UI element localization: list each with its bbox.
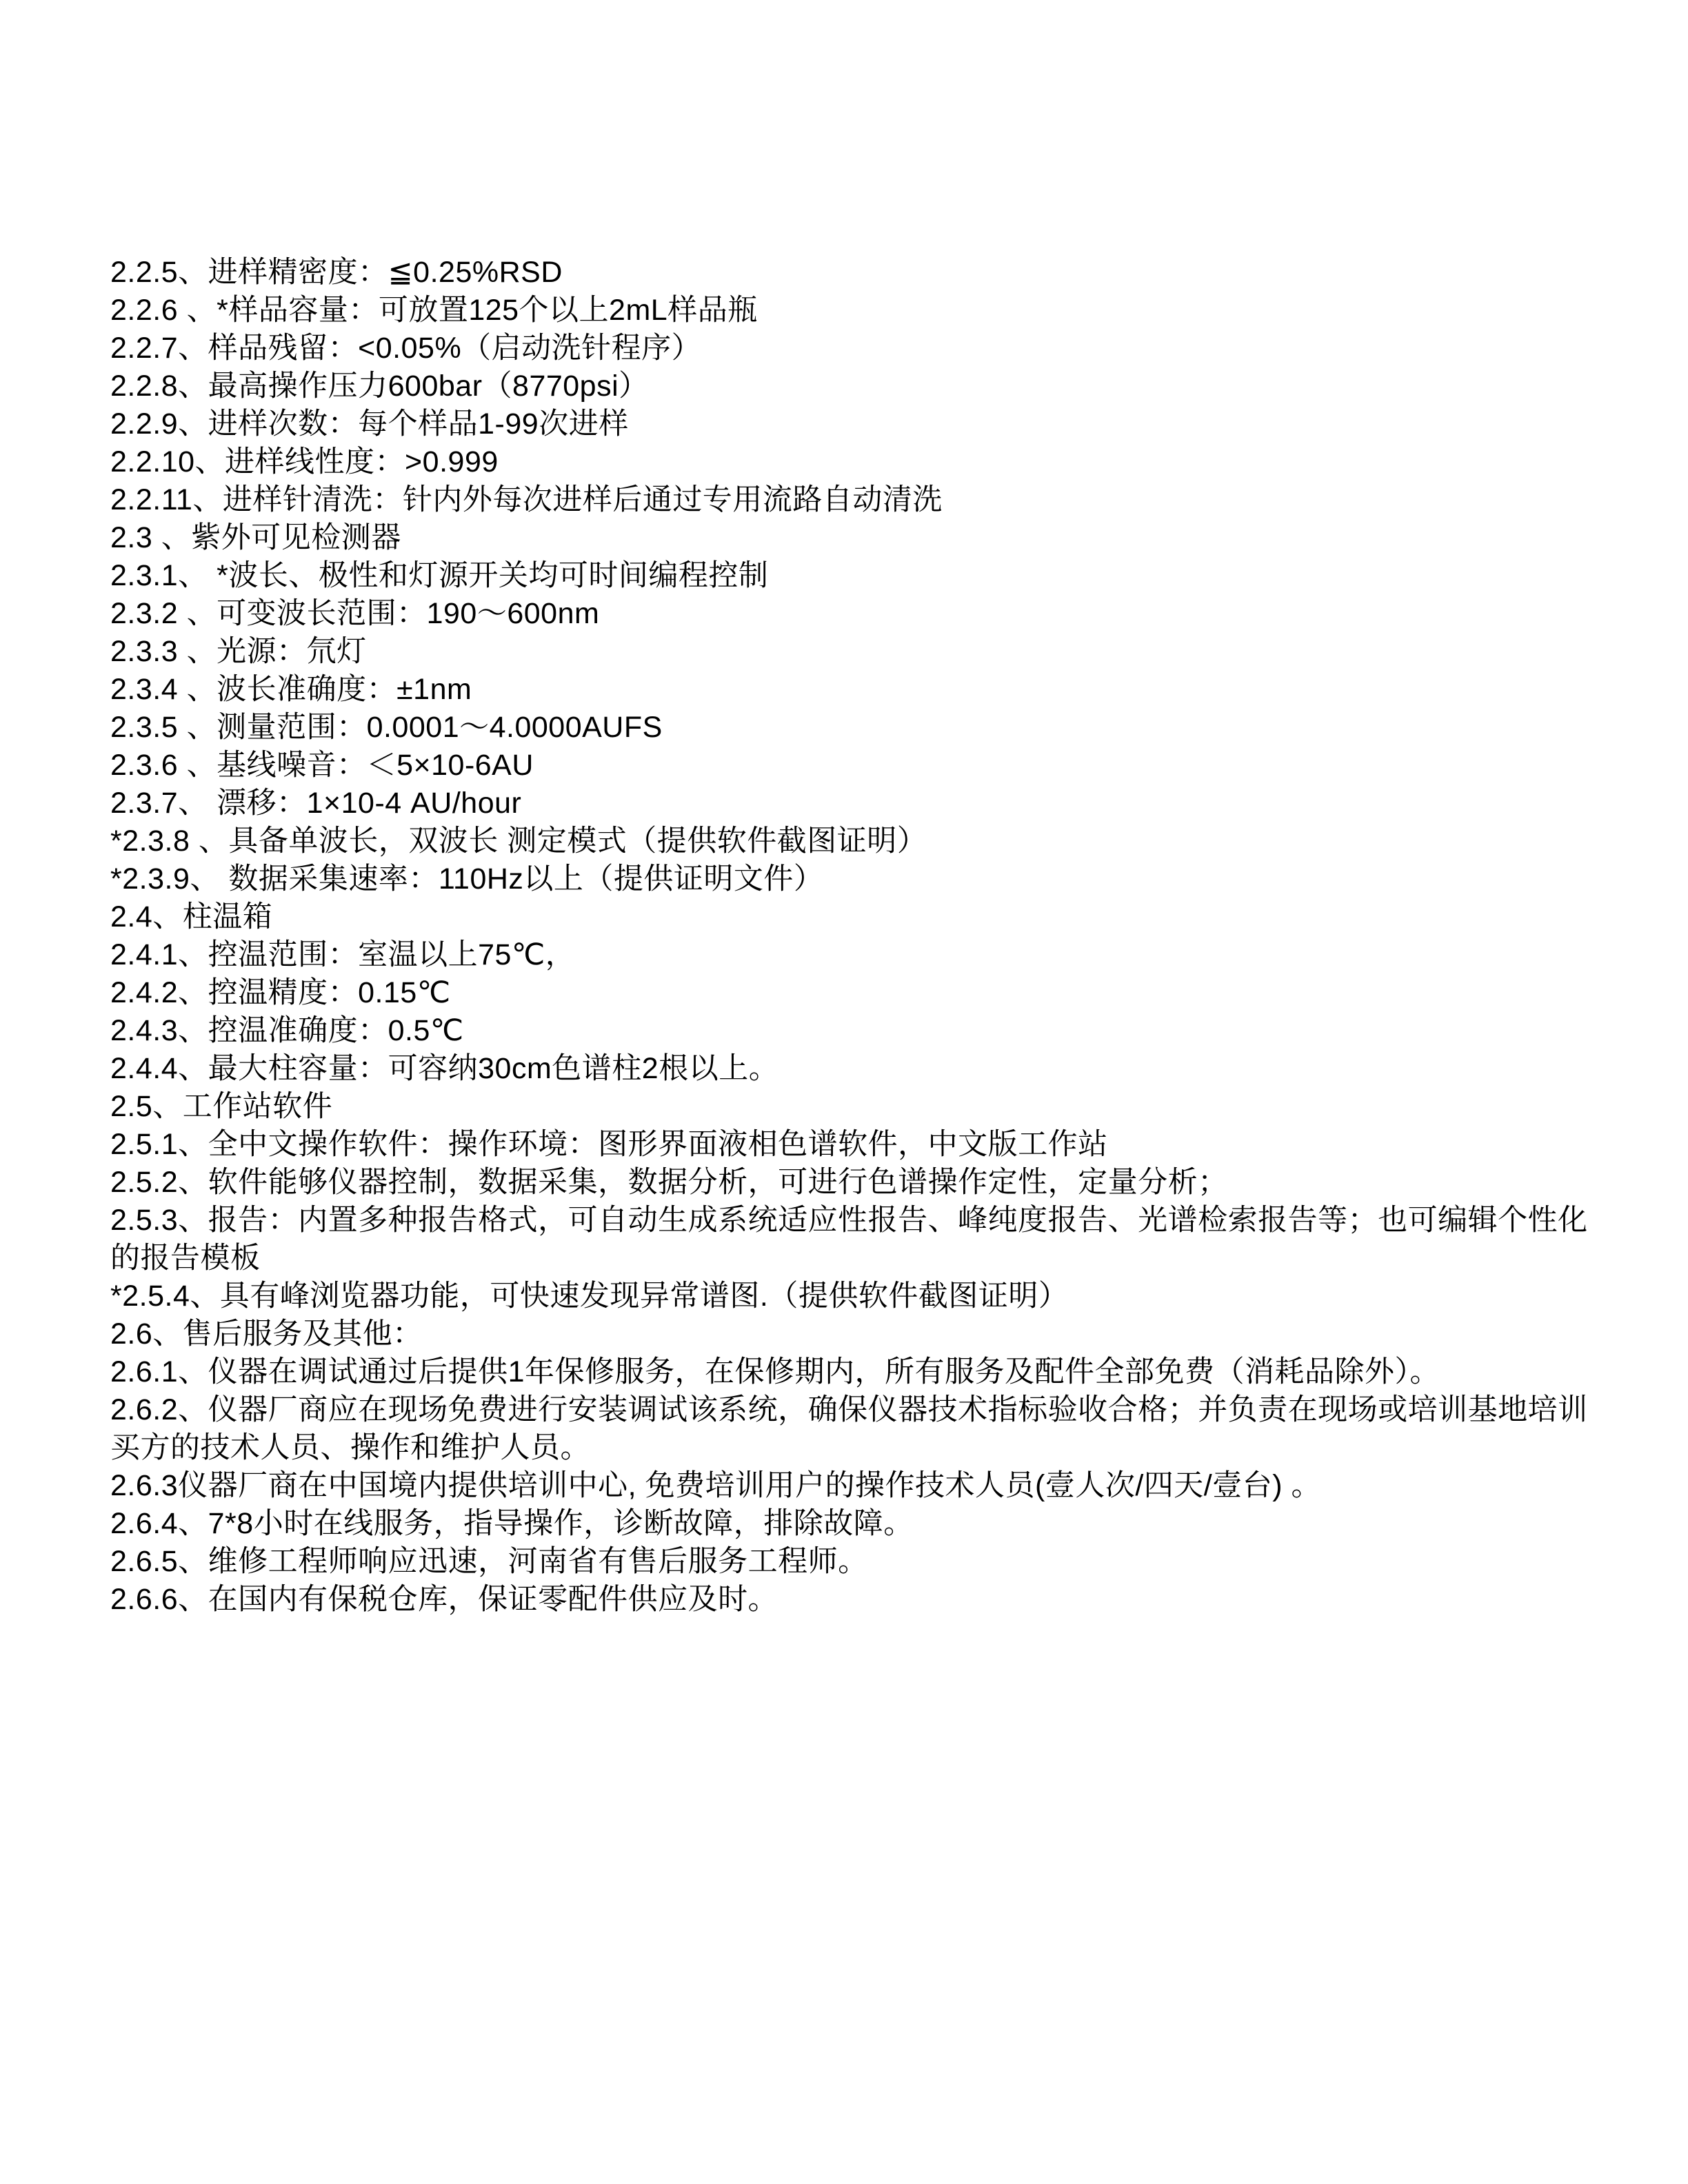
spec-line: 2.2.8、最高操作压力600bar（8770psi）	[110, 367, 1586, 405]
spec-line: 2.2.9、进样次数：每个样品1-99次进样	[110, 405, 1586, 443]
spec-line: 2.3.5 、测量范围：0.0001～4.0000AUFS	[110, 709, 1586, 747]
spec-line: 2.3.2 、可变波长范围：190～600nm	[110, 595, 1586, 633]
spec-line: 2.2.10、进样线性度：>0.999	[110, 443, 1586, 481]
spec-line: 2.3.3 、光源：氘灯	[110, 633, 1586, 671]
spec-line: 2.2.11、进样针清洗：针内外每次进样后通过专用流路自动清洗	[110, 481, 1586, 519]
spec-line: 2.6.4、7*8小时在线服务，指导操作，诊断故障，排除故障。	[110, 1505, 1586, 1543]
spec-line: 买方的技术人员、操作和维护人员。	[110, 1429, 1586, 1467]
spec-line: *2.5.4、具有峰浏览器功能，可快速发现异常谱图.（提供软件截图证明）	[110, 1277, 1586, 1315]
spec-line: 2.5.3、报告：内置多种报告格式，可自动生成系统适应性报告、峰纯度报告、光谱检…	[110, 1202, 1586, 1240]
spec-line: 2.4.1、控温范围：室温以上75℃，	[110, 936, 1586, 974]
spec-line: 的报告模板	[110, 1240, 1586, 1277]
spec-line: 2.6.3仪器厂商在中国境内提供培训中心, 免费培训用户的操作技术人员(壹人次/…	[110, 1467, 1586, 1505]
spec-line: 2.5、工作站软件	[110, 1088, 1586, 1126]
spec-line: *2.3.9、 数据采集速率：110Hz以上（提供证明文件）	[110, 860, 1586, 898]
spec-line: 2.6.5、维修工程师响应迅速，河南省有售后服务工程师。	[110, 1543, 1586, 1581]
spec-line: 2.4.2、控温精度：0.15℃	[110, 974, 1586, 1012]
spec-line: 2.2.6 、*样品容量：可放置125个以上2mL样品瓶	[110, 292, 1586, 330]
spec-line: 2.5.1、全中文操作软件：操作环境：图形界面液相色谱软件，中文版工作站	[110, 1126, 1586, 1164]
spec-line: 2.3.7、 漂移：1×10-4 AU/hour	[110, 785, 1586, 822]
spec-line: 2.3.6 、基线噪音：＜5×10-6AU	[110, 747, 1586, 785]
spec-line: 2.2.5、进样精密度：≦0.25%RSD	[110, 254, 1586, 292]
spec-line: 2.6.6、在国内有保税仓库，保证零配件供应及时。	[110, 1581, 1586, 1619]
document-page: 2.2.5、进样精密度：≦0.25%RSD2.2.6 、*样品容量：可放置125…	[0, 0, 1688, 2184]
spec-line: 2.3 、紫外可见检测器	[110, 519, 1586, 557]
spec-line: 2.6.1、仪器在调试通过后提供1年保修服务，在保修期内，所有服务及配件全部免费…	[110, 1353, 1586, 1391]
spec-line: 2.2.7、样品残留：<0.05%（启动洗针程序）	[110, 330, 1586, 367]
spec-line: *2.3.8 、具备单波长，双波长 测定模式（提供软件截图证明）	[110, 822, 1586, 860]
spec-line: 2.5.2、软件能够仪器控制，数据采集，数据分析，可进行色谱操作定性，定量分析；	[110, 1164, 1586, 1202]
spec-text-block: 2.2.5、进样精密度：≦0.25%RSD2.2.6 、*样品容量：可放置125…	[110, 254, 1586, 1619]
spec-line: 2.6.2、仪器厂商应在现场免费进行安装调试该系统，确保仪器技术指标验收合格；并…	[110, 1391, 1586, 1429]
spec-line: 2.4.3、控温准确度：0.5℃	[110, 1012, 1586, 1050]
spec-line: 2.4、柱温箱	[110, 898, 1586, 936]
spec-line: 2.3.4 、波长准确度：±1nm	[110, 671, 1586, 709]
spec-line: 2.6、售后服务及其他：	[110, 1315, 1586, 1353]
spec-line: 2.4.4、最大柱容量：可容纳30cm色谱柱2根以上。	[110, 1050, 1586, 1088]
spec-line: 2.3.1、 *波长、极性和灯源开关均可时间编程控制	[110, 557, 1586, 595]
